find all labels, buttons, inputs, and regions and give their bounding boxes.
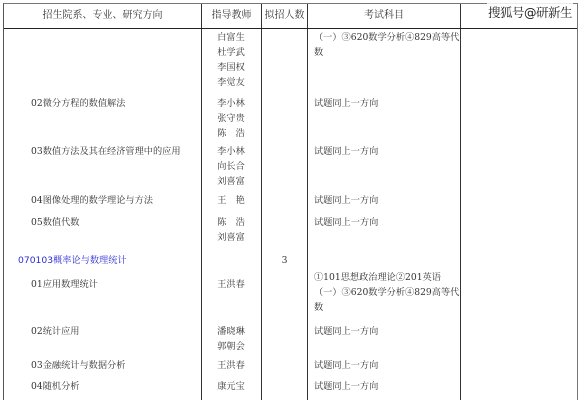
header-count: 拟招人数 xyxy=(262,4,307,28)
watermark-text: 搜狐号@研新生 xyxy=(487,3,573,21)
teacher-name: 陈 浩 xyxy=(202,126,260,141)
admissions-table: 招生院系、专业、研究方向 指导教师 拟招人数 考试科目 白富生 杜学武 李国权 … xyxy=(3,3,578,400)
teacher-list: 王洪春 xyxy=(202,277,260,292)
teacher-list: 王洪春 xyxy=(202,358,260,373)
exam-subjects: 试题同上一方向 xyxy=(314,379,462,394)
teacher-name: 李小林 xyxy=(202,144,260,159)
teacher-name: 王洪春 xyxy=(202,358,260,373)
teacher-name: 李国权 xyxy=(202,60,260,75)
teacher-name: 刘喜富 xyxy=(202,174,260,189)
teacher-name: 李觉友 xyxy=(202,75,260,90)
exam-subjects: ①101思想政治理论②201英语（一）③620数学分析④829高等代数 xyxy=(314,270,460,315)
header-subjects: 考试科目 xyxy=(308,4,460,28)
department-name: 070103概率论与数理统计 xyxy=(18,253,127,268)
research-direction: 03金融统计与数据分析 xyxy=(31,358,125,373)
column-divider xyxy=(307,4,308,400)
teacher-name: 康元宝 xyxy=(202,379,260,394)
teacher-list: 白富生 杜学武 李国权 李觉友 xyxy=(202,30,260,90)
research-direction: 01应用数理统计 xyxy=(31,277,98,292)
teacher-name: 向长合 xyxy=(202,159,260,174)
header-direction: 招生院系、专业、研究方向 xyxy=(4,4,201,28)
column-divider xyxy=(261,4,262,400)
teacher-name: 王洪春 xyxy=(202,277,260,292)
exam-subjects: 试题同上一方向 xyxy=(314,193,462,208)
exam-subjects: 试题同上一方向 xyxy=(314,358,462,373)
teacher-list: 李小林 向长合 刘喜富 xyxy=(202,144,260,189)
teacher-list: 王 艳 xyxy=(202,193,260,208)
teacher-name: 张守贵 xyxy=(202,111,260,126)
research-direction: 05数值代数 xyxy=(31,215,79,230)
research-direction: 03数值方法及其在经济管理中的应用 xyxy=(31,144,181,159)
teacher-list: 陈 浩 刘喜富 xyxy=(202,215,260,245)
exam-subjects: （一）③620数学分析④829高等代数 xyxy=(314,30,462,60)
research-direction: 02统计应用 xyxy=(31,324,79,339)
exam-subjects: 试题同上一方向 xyxy=(314,324,462,339)
teacher-name: 王 艳 xyxy=(202,193,260,208)
teacher-name: 刘喜富 xyxy=(202,230,260,245)
research-direction: 04随机分析 xyxy=(31,379,79,394)
header-teacher: 指导教师 xyxy=(202,4,261,28)
teacher-name: 李小林 xyxy=(202,96,260,111)
teacher-name: 白富生 xyxy=(202,30,260,45)
exam-subjects: 试题同上一方向 xyxy=(314,215,462,230)
teacher-list: 康元宝 xyxy=(202,379,260,394)
enrollment-count: 3 xyxy=(262,253,307,268)
teacher-name: 郭朝会 xyxy=(202,339,260,354)
exam-subjects: 试题同上一方向 xyxy=(314,144,462,159)
teacher-list: 潘晓琳 郭朝会 xyxy=(202,324,260,354)
teacher-name: 杜学武 xyxy=(202,45,260,60)
teacher-name: 陈 浩 xyxy=(202,215,260,230)
exam-subjects: 试题同上一方向 xyxy=(314,96,462,111)
teacher-name: 潘晓琳 xyxy=(202,324,260,339)
research-direction: 04图像处理的数学理论与方法 xyxy=(31,193,153,208)
research-direction: 02微分方程的数值解法 xyxy=(31,96,125,111)
teacher-list: 李小林 张守贵 陈 浩 xyxy=(202,96,260,141)
